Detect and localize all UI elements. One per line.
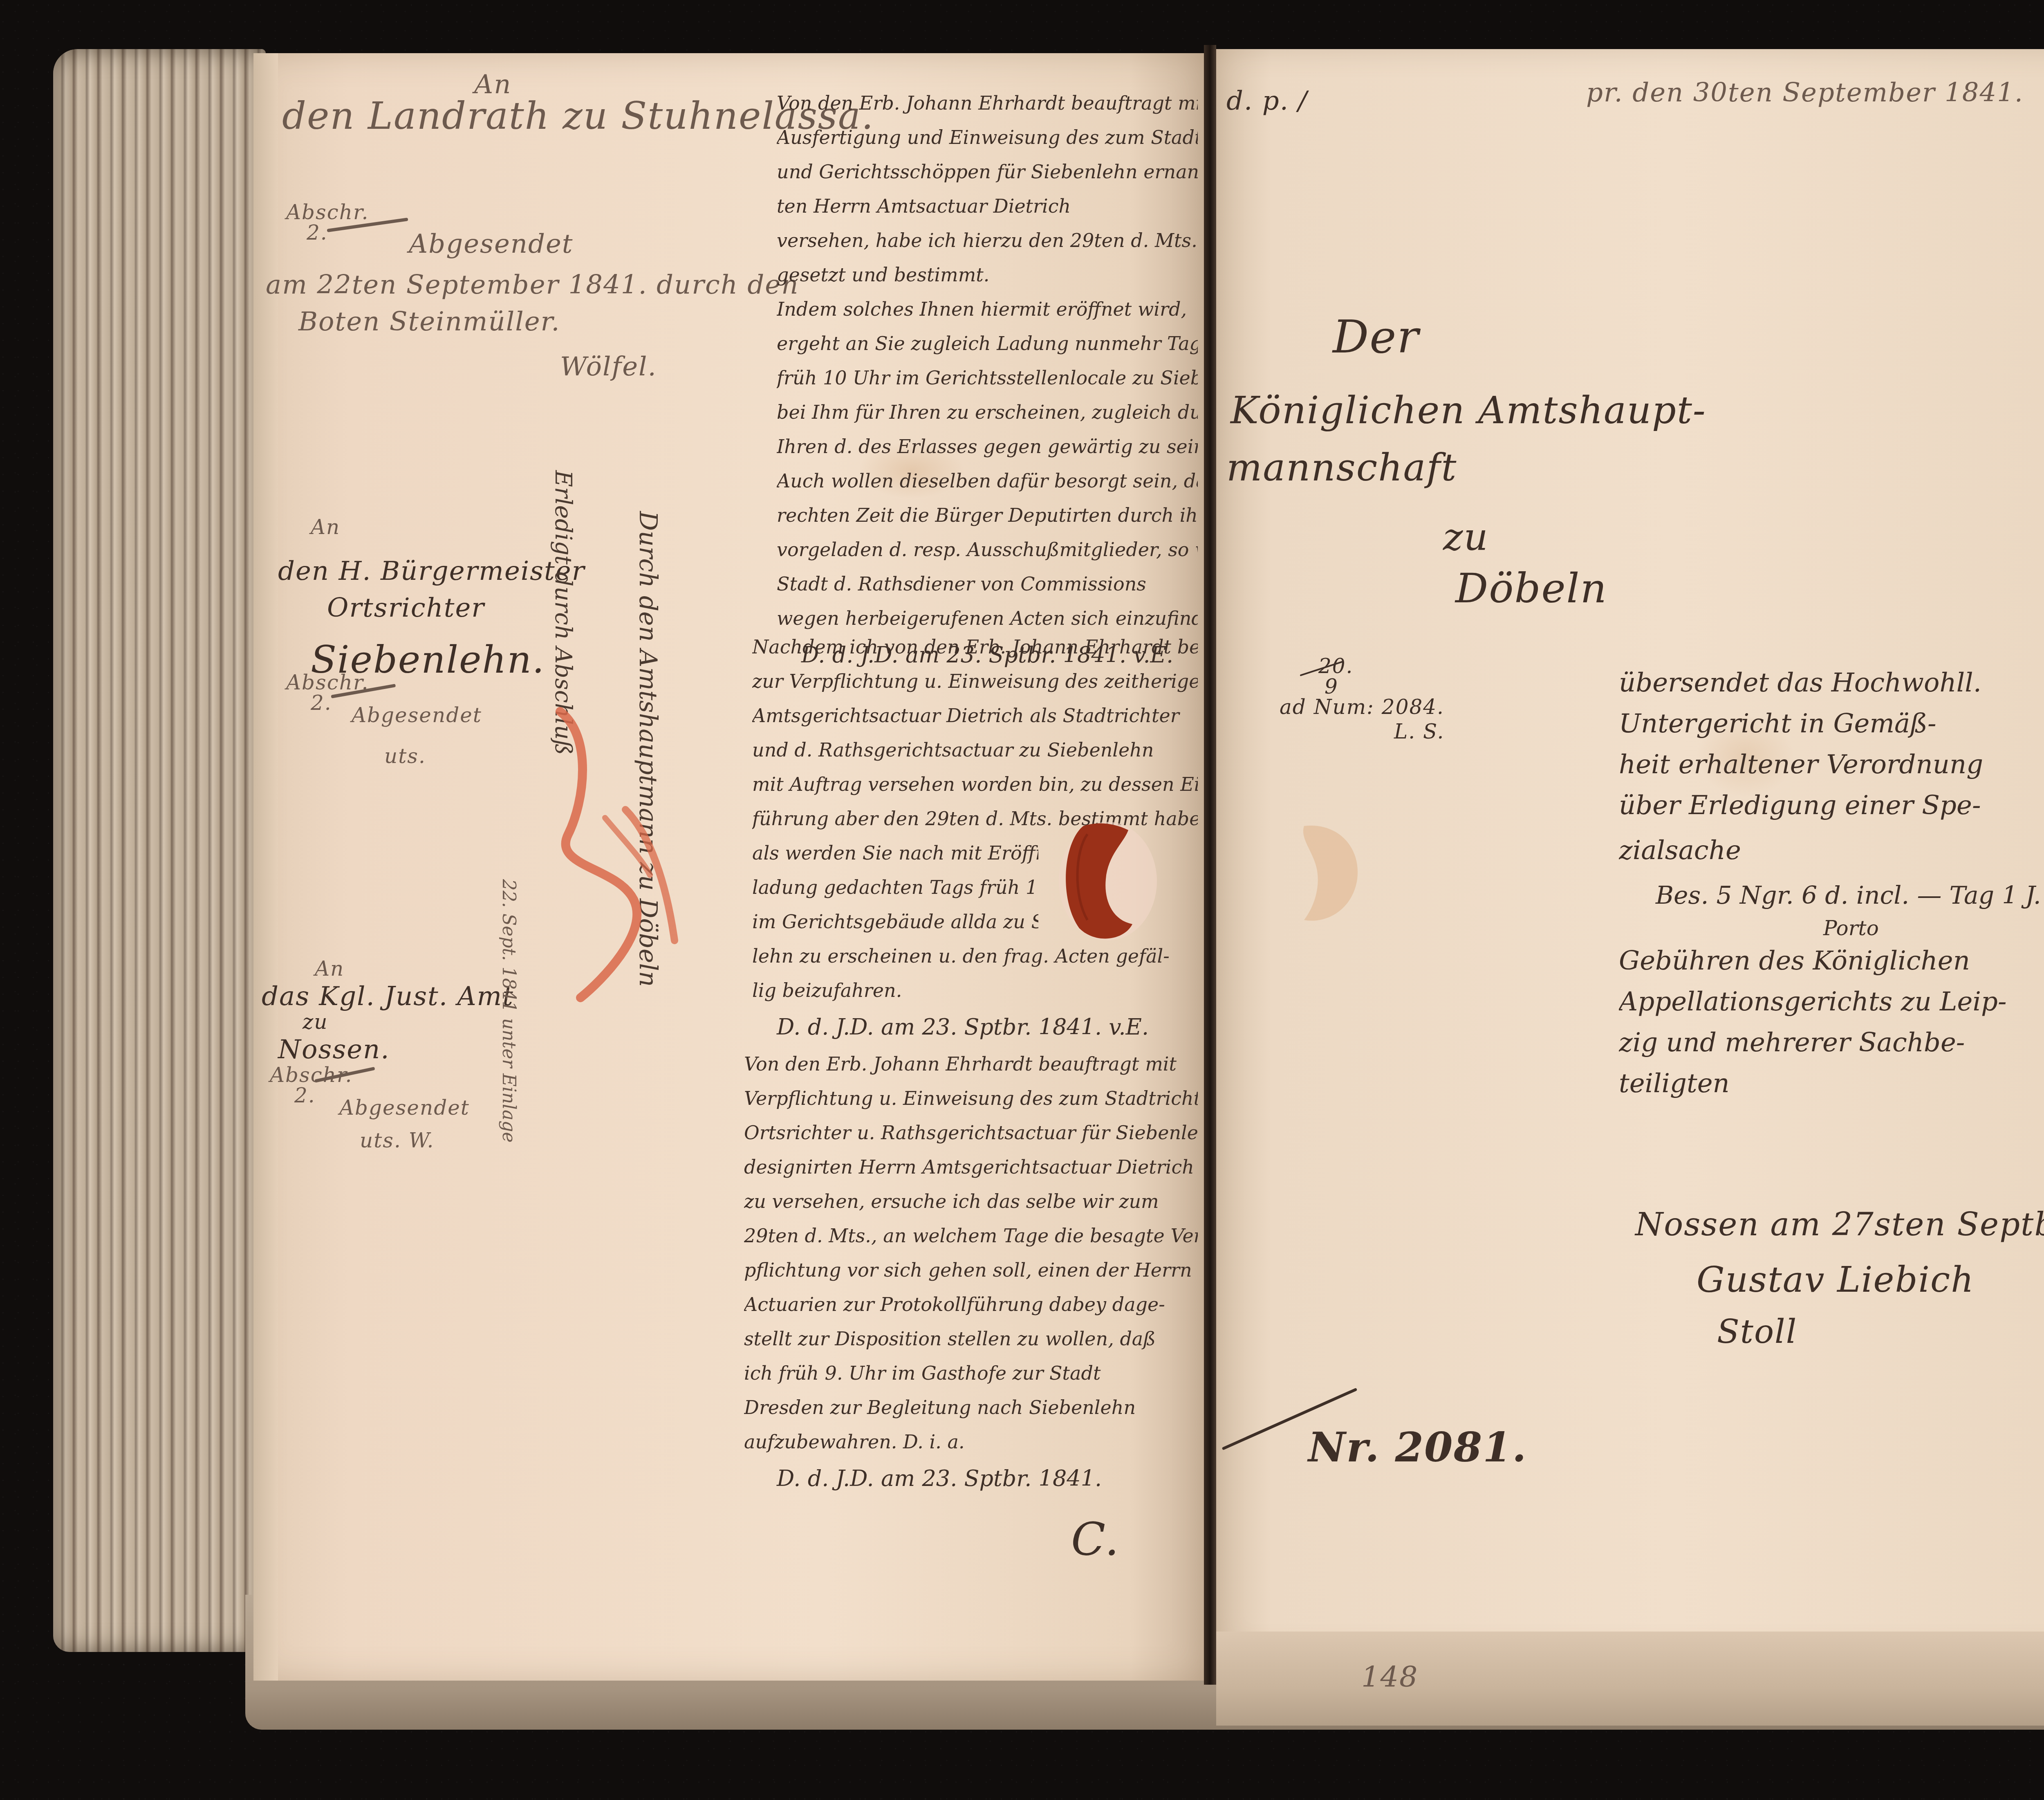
margin-sent2-line1: Abgesendet xyxy=(352,703,482,727)
margin-addr2-line2: den H. Bürgermeister xyxy=(278,556,585,586)
block1-line: rechten Zeit die Bürger Deputirten durch… xyxy=(777,498,1198,532)
registry-mark: L. S. xyxy=(1394,720,1444,743)
margin-addr3-line2: das Kgl. Just. Amt xyxy=(262,981,514,1012)
receipt-line: pr. den 30ten September 1841. xyxy=(1586,78,2024,108)
fee-line: Bes. 5 Ngr. 6 d. incl. — Tag 1 J. xyxy=(1619,875,2044,916)
body-line: über Erledigung einer Spe- xyxy=(1619,785,2044,826)
margin-note2-line2: 2. xyxy=(311,691,332,715)
block2-line: mit Auftrag versehen worden bin, zu dess… xyxy=(752,767,1198,801)
margin-note3-line2: 2. xyxy=(294,1084,316,1107)
book-gutter xyxy=(1204,45,1216,1685)
block3-line: Von den Erb. Johann Ehrhardt beauftragt … xyxy=(744,1047,1198,1081)
wax-seal xyxy=(1055,818,1161,945)
margin-addr3-line1: An xyxy=(315,957,344,981)
block3-line: stellt zur Disposition stellen zu wollen… xyxy=(744,1322,1198,1356)
block2-line: Nachdem ich von den Erb. Johann Ehrhardt… xyxy=(752,630,1198,664)
body-line: teiligten xyxy=(1619,1063,2044,1104)
block3-line: ich früh 9. Uhr im Gasthofe zur Stadt xyxy=(744,1356,1198,1390)
block2-line: als werden Sie nach mit Eröffnung der ge… xyxy=(752,836,1038,870)
signature-name: Gustav Liebich xyxy=(1697,1259,1975,1300)
margin-sent1-line1: Abgesendet xyxy=(409,229,574,259)
block1-line: bei Ihm für Ihren zu erscheinen, zugleic… xyxy=(777,395,1198,429)
block3-line: aufzubewahren. D. i. a. xyxy=(744,1425,1198,1459)
block3-line: zu versehen, ersuche ich das selbe wir z… xyxy=(744,1184,1198,1219)
paraph-mark: C. xyxy=(1071,1513,1120,1565)
margin-addr2-line3: Ortsrichter xyxy=(327,593,485,623)
margin-addr3-line4: Nossen. xyxy=(278,1035,390,1065)
block2-line: im Gerichtsgebäude allda zu Siebenlehn xyxy=(752,904,1038,939)
dateline: Nossen am 27sten Septbr. 1841. xyxy=(1635,1206,2044,1243)
block3-dateline: D. d. J.D. am 23. Sptbr. 1841. xyxy=(744,1459,1198,1498)
top-left-mark: d. p. / xyxy=(1226,86,1308,116)
block1-line: Auch wollen dieselben dafür besorgt sein… xyxy=(777,464,1198,498)
block3-line: Ortsrichter u. Rathsgerichtsactuar für S… xyxy=(744,1115,1198,1150)
block1-line: und Gerichtsschöppen für Siebenlehn erna… xyxy=(777,155,1198,189)
margin-addr3-line3: zu xyxy=(303,1010,328,1034)
signature-second: Stoll xyxy=(1717,1313,1797,1351)
margin-sign1: Wölfel. xyxy=(560,352,657,382)
bottom-page-number: 148 xyxy=(1361,1660,1419,1694)
vertical-note-2: 22. Sept. 1841 unter Einlage xyxy=(498,879,519,1142)
block1-line: Stadt d. Rathsdiener von Commissions xyxy=(777,567,1198,601)
margin-note1-line2: 2. xyxy=(307,221,328,245)
block3-line: designirten Herrn Amtsgerichtsactuar Die… xyxy=(744,1150,1198,1184)
reference-number: ad Num: 2084. xyxy=(1280,695,1444,719)
block3-line: pflichtung vor sich gehen soll, einen de… xyxy=(744,1253,1198,1287)
block1-line: gesetzt und bestimmt. xyxy=(777,258,1198,292)
block3-line: 29ten d. Mts., an welchem Tage die besag… xyxy=(744,1219,1198,1253)
body-line: Gebühren des Königlichen xyxy=(1619,940,2044,981)
block2-line: Amtsgerichtsactuar Dietrich als Stadtric… xyxy=(752,698,1198,733)
body-line: Untergericht in Gemäß- xyxy=(1619,703,2044,744)
body-line: übersendet das Hochwohll. xyxy=(1619,662,2044,703)
letter-block-1: Von den Erb. Johann Ehrhardt beauftragt … xyxy=(777,86,1198,675)
margin-sent3-line2: uts. W. xyxy=(360,1129,434,1152)
seal-imprint-stain xyxy=(1288,822,1369,928)
block1-line: ergeht an Sie zugleich Ladung nunmehr Ta… xyxy=(777,326,1198,361)
block1-line: Ausfertigung und Einweisung des zum Stad… xyxy=(777,120,1198,155)
block1-line: versehen, habe ich hierzu den 29ten d. M… xyxy=(777,223,1198,258)
block1-line: Indem solches Ihnen hiermit eröffnet wir… xyxy=(777,292,1198,326)
margin-sent1-line3: Boten Steinmüller. xyxy=(298,307,560,337)
right-page-lower-edge xyxy=(1216,1632,2044,1726)
block1-line: vorgeladen d. resp. Ausschußmitglieder, … xyxy=(777,532,1198,567)
block2-dateline: D. d. J.D. am 23. Sptbr. 1841. v.E. xyxy=(752,1008,1198,1047)
address-line-zu: zu xyxy=(1443,515,1489,559)
block2-line: ladung gedachten Tags früh 10. Uhr xyxy=(752,870,1038,904)
body-line: zialsache xyxy=(1619,826,2044,875)
block1-line: Ihren d. des Erlasses gegen gewärtig zu … xyxy=(777,429,1198,464)
body-line: Appellationsgerichts zu Leip- xyxy=(1619,981,2044,1022)
block1-line: Von den Erb. Johann Ehrhardt beauftragt … xyxy=(777,86,1198,120)
address-line-mannschaft: mannschaft xyxy=(1226,446,1457,489)
red-crayon-mark xyxy=(544,695,691,1006)
porto-label: Porto xyxy=(1619,916,2044,940)
body-line: zig und mehrerer Sachbe- xyxy=(1619,1022,2044,1063)
block2-line: zur Verpflichtung u. Einweisung des zeit… xyxy=(752,664,1198,698)
letter-block-3: Von den Erb. Johann Ehrhardt beauftragt … xyxy=(744,1047,1198,1498)
block1-line: ten Herrn Amtsactuar Dietrich xyxy=(777,189,1198,223)
file-number: Nr. 2081. xyxy=(1308,1423,1527,1471)
block3-line: Dresden zur Begleitung nach Siebenlehn xyxy=(744,1390,1198,1425)
margin-sent2-line2: uts. xyxy=(384,744,426,768)
right-body: übersendet das Hochwohll. Untergericht i… xyxy=(1619,662,2044,1104)
left-page-edges xyxy=(53,49,266,1652)
address-line-der: Der xyxy=(1333,311,1419,363)
body-line: heit erhaltener Verordnung xyxy=(1619,744,2044,785)
address-line-doebeln: Döbeln xyxy=(1455,564,1607,612)
block2-line: und d. Rathsgerichtsactuar zu Siebenlehn xyxy=(752,733,1198,767)
block3-line: Verpflichtung u. Einweisung des zum Stad… xyxy=(744,1081,1198,1115)
block1-line: früh 10 Uhr im Gerichtsstellenlocale zu … xyxy=(777,361,1198,395)
margin-addr2-line1: An xyxy=(311,515,340,539)
margin-sent3-line1: Abgesendet xyxy=(339,1096,470,1120)
address-line-koenigl: Königlichen Amtshaupt- xyxy=(1230,388,1706,432)
block3-line: Actuarien zur Protokollführung dabey dag… xyxy=(744,1287,1198,1322)
block2-line: lig beizufahren. xyxy=(752,973,1198,1008)
margin-sent1-line2: am 22ten September 1841. durch den xyxy=(266,270,799,300)
